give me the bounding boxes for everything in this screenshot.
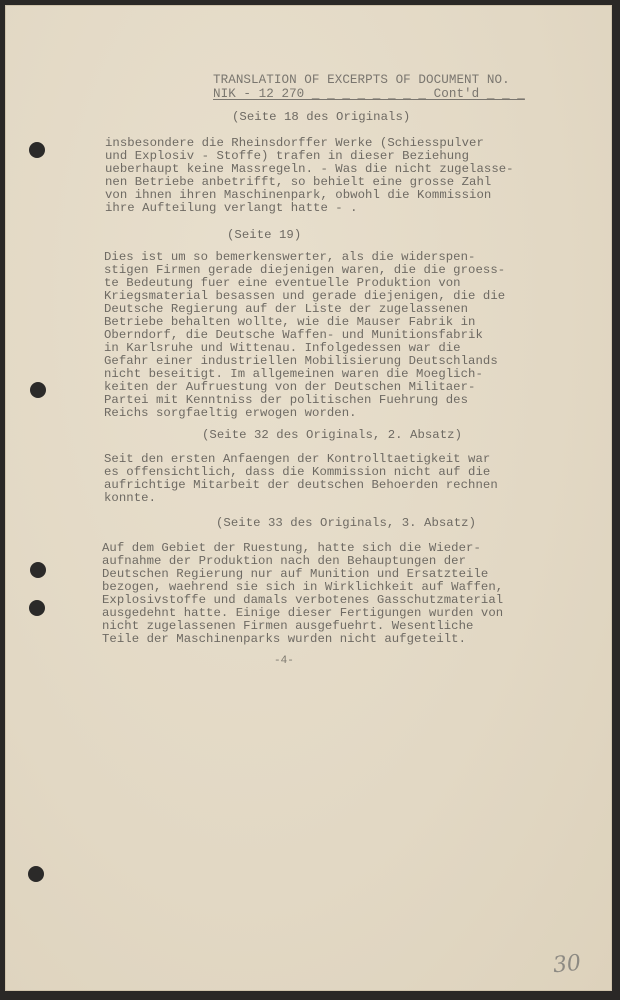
punch-hole	[30, 562, 46, 578]
punch-hole	[28, 866, 44, 882]
text-line: aufrichtige Mitarbeit der deutschen Beho…	[104, 479, 498, 492]
text-line: ihre Aufteilung verlangt hatte - .	[105, 202, 358, 215]
text-line: Reichs sorgfaeltig erwogen worden.	[104, 407, 357, 420]
section-heading: (Seite 19)	[227, 229, 301, 242]
handwritten-folio-number: 30	[552, 951, 582, 979]
text-line: konnte.	[104, 492, 156, 505]
document-header-number: NIK - 12 270 _ _ _ _ _ _ _ _ Cont'd _ _ …	[213, 88, 525, 101]
punch-hole	[30, 382, 46, 398]
punch-hole	[29, 600, 45, 616]
page-number: -4-	[274, 655, 294, 667]
section-heading: (Seite 32 des Originals, 2. Absatz)	[202, 429, 462, 442]
text-line: Teile der Maschinenparks wurden nicht au…	[102, 633, 466, 646]
document-header-title: TRANSLATION OF EXCERPTS OF DOCUMENT NO.	[213, 74, 510, 87]
section-heading: (Seite 33 des Originals, 3. Absatz)	[216, 517, 476, 530]
punch-hole	[29, 142, 45, 158]
section-heading: (Seite 18 des Originals)	[232, 111, 410, 124]
